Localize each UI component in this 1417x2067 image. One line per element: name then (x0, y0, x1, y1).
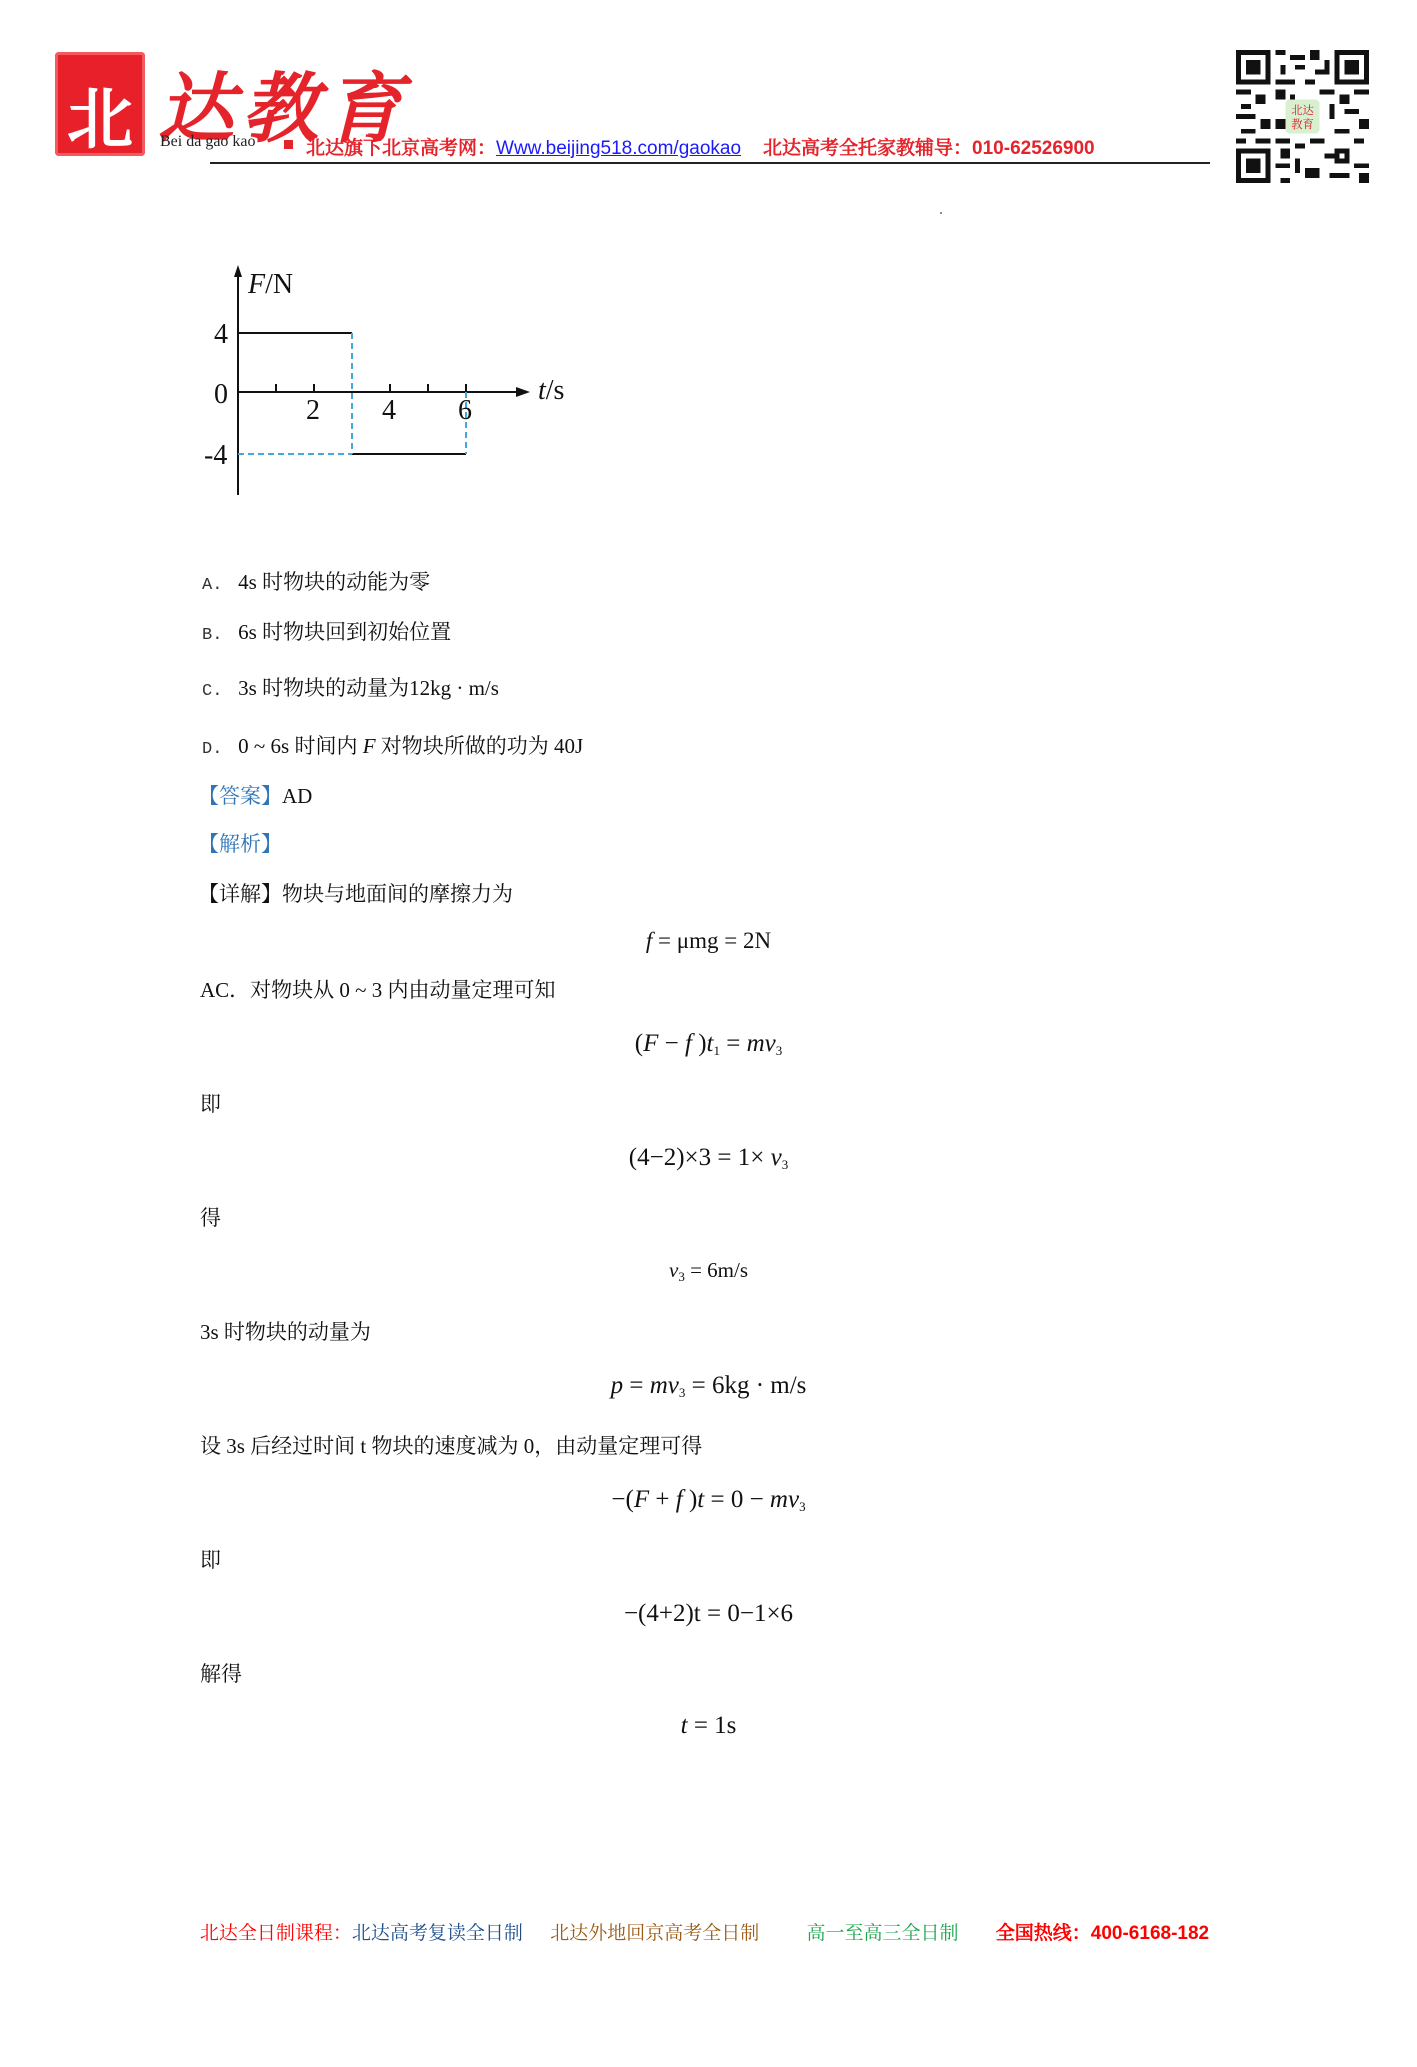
y-tick-4: 4 (214, 319, 228, 351)
qr-code: 北达 教育 (1235, 50, 1370, 183)
option-a: A. 4s 时物块的动能为零 (202, 572, 430, 594)
footer-course-3: 高一至高三全日制 (806, 1923, 958, 1944)
x-tick-2: 2 (306, 395, 320, 427)
answer-label: 【答案】 (198, 784, 282, 808)
qr-code-icon: 北达 教育 (1235, 50, 1370, 183)
equation-decel-substitution: −(4+2)t = 0−1×6 (0, 1600, 1417, 1628)
footer-course-1: 北达高考复读全日制 (352, 1923, 523, 1944)
option-d: D. 0 ~ 6s 时间内 F 对物块所做的功为 40J (202, 736, 583, 758)
site-link[interactable]: Www.beijing518.com/gaokao (496, 138, 741, 159)
analysis-label: 【解析】 (198, 834, 282, 855)
option-text: 3s 时物块的动量为12kg · m/s (238, 676, 499, 700)
momentum-intro: 3s 时物块的动量为 (200, 1322, 371, 1343)
detail-intro: 【详解】物块与地面间的摩擦力为 (198, 884, 513, 905)
y-tick-neg4: -4 (204, 440, 227, 472)
logo-subtitle: Bei da gao kao (160, 133, 256, 151)
tutoring-label: 北达高考全托家教辅导：010-62526900 (763, 138, 1095, 159)
logo-stamp: 北 (55, 52, 145, 156)
option-letter: A. (202, 576, 222, 595)
ac-intro: AC．对物块从 0 ~ 3 内由动量定理可知 (200, 980, 556, 1001)
text-ji-2: 即 (200, 1550, 221, 1571)
y-axis-label: F/N (248, 269, 293, 301)
header-info: 北达旗下北京高考网：Www.beijing518.com/gaokao北达高考全… (306, 133, 1095, 160)
x-axis-label: t/s (538, 375, 564, 407)
equation-decel: −(F + f )t = 0 − mv3 (0, 1486, 1417, 1515)
option-letter: C. (202, 682, 222, 701)
decel-intro: 设 3s 后经过时间 t 物块的速度减为 0，由动量定理可得 (200, 1436, 702, 1457)
equation-momentum: p = mv3 = 6kg · m/s (0, 1372, 1417, 1401)
option-letter: D. (202, 740, 222, 759)
x-tick-4: 4 (382, 395, 396, 427)
equation-impulse: (F − f )t1 = mv3 (0, 1030, 1417, 1059)
svg-text:教育: 教育 (1291, 117, 1314, 131)
answer-value: AD (282, 784, 312, 808)
footer: 北达全日制课程：北达高考复读全日制 北达外地回京高考全日制 高一至高三全日制 全… (0, 1918, 1417, 1945)
force-time-graph: F/N 4 0 -4 2 4 6 t/s (190, 255, 610, 500)
footer-hotline: 全国热线：400-6168-182 (996, 1923, 1209, 1944)
detail-label: 【详解】 (198, 882, 282, 906)
text-jiede: 解得 (200, 1664, 242, 1685)
option-c: C. 3s 时物块的动量为12kg · m/s (202, 678, 499, 700)
equation-substitution: (4−2)×3 = 1× v3 (0, 1144, 1417, 1173)
stray-dot (940, 212, 942, 214)
answer-line: 【答案】AD (198, 786, 312, 807)
option-text: 6s 时物块回到初始位置 (238, 620, 451, 644)
text-de: 得 (200, 1208, 221, 1229)
footer-course-2: 北达外地回京高考全日制 (550, 1923, 759, 1944)
logo-stamp-char: 北 (55, 66, 145, 161)
equation-friction: f = μmg = 2N (0, 928, 1417, 954)
option-text: 4s 时物块的动能为零 (238, 570, 430, 594)
text-ji-1: 即 (200, 1094, 221, 1115)
svg-text:北达: 北达 (1291, 103, 1314, 117)
option-letter: B. (202, 626, 222, 645)
equation-v3: v3 = 6m/s (0, 1258, 1417, 1285)
footer-courses-label: 北达全日制课程： (200, 1923, 352, 1944)
y-tick-0: 0 (214, 379, 228, 411)
option-b: B. 6s 时物块回到初始位置 (202, 622, 451, 644)
header-divider (210, 162, 1210, 164)
bullet-square-icon (284, 140, 293, 149)
equation-t: t = 1s (0, 1712, 1417, 1740)
x-tick-6: 6 (458, 395, 472, 427)
site-label: 北达旗下北京高考网： (306, 138, 496, 159)
